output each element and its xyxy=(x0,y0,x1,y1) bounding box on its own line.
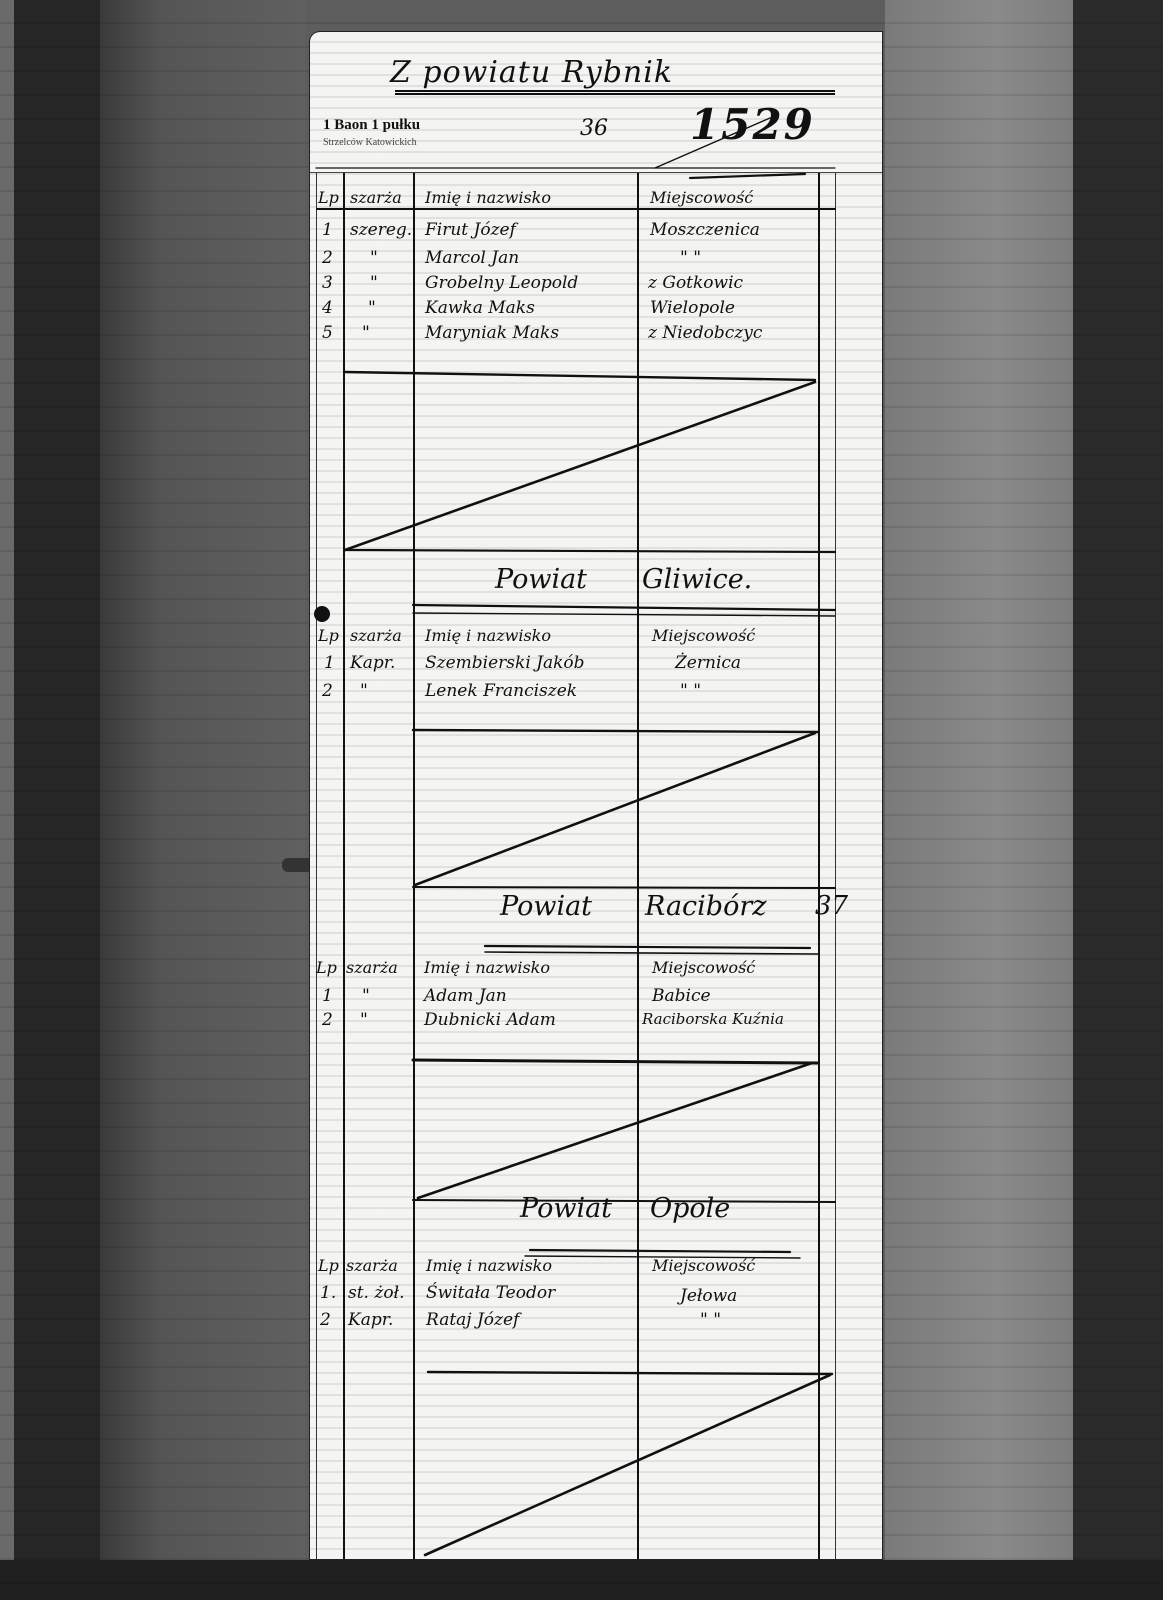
column-header-rank: szarża xyxy=(350,628,402,644)
section1-header-rule xyxy=(316,208,836,210)
register-page xyxy=(310,32,882,1559)
row-rank: " xyxy=(370,275,378,292)
row-name: Kawka Maks xyxy=(425,300,535,317)
column-header-place: Miejscowość xyxy=(652,628,755,644)
column-header-lp: Lp xyxy=(318,628,339,644)
row-name: Rataj Józef xyxy=(426,1312,519,1329)
column-rule-rank xyxy=(413,172,415,1559)
row-rank: " xyxy=(362,325,370,342)
column-rule-name xyxy=(637,172,639,1559)
row-lp: 1 xyxy=(322,988,333,1005)
file-number: 36 xyxy=(580,118,608,140)
row-rank: " xyxy=(362,988,370,1005)
section-title-gliwice-name: Gliwice. xyxy=(642,566,752,593)
row-place: " " xyxy=(680,683,701,700)
row-place: Moszczenica xyxy=(650,222,760,239)
column-header-rank: szarża xyxy=(350,190,402,206)
column-rule-place xyxy=(818,172,820,1559)
scan-margin-left xyxy=(0,0,14,1600)
pin-hole xyxy=(314,606,330,622)
column-header-name: Imię i nazwisko xyxy=(426,1258,552,1274)
row-place: Wielopole xyxy=(650,300,735,317)
column-header-lp: Lp xyxy=(318,1258,339,1274)
column-header-rank: szarża xyxy=(346,960,398,976)
row-place: " " xyxy=(680,250,701,267)
row-rank: " xyxy=(370,250,378,267)
column-header-name: Imię i nazwisko xyxy=(425,190,551,206)
page-title: Z powiatu Rybnik xyxy=(390,58,673,88)
row-lp: 4 xyxy=(322,300,333,317)
column-header-name: Imię i nazwisko xyxy=(424,960,550,976)
column-header-rank: szarża xyxy=(346,1258,398,1274)
row-lp: 1. xyxy=(320,1285,336,1302)
row-lp: 1 xyxy=(322,222,333,239)
header-rule xyxy=(310,172,882,173)
scan-background-right xyxy=(885,0,1073,1600)
section-title-opole-label: Powiat xyxy=(520,1195,612,1222)
archive-number: 1529 xyxy=(690,104,815,146)
scan-shadow-right xyxy=(1073,0,1163,1600)
column-header-name: Imię i nazwisko xyxy=(425,628,551,644)
row-lp: 2 xyxy=(322,683,333,700)
row-name: Świtała Teodor xyxy=(426,1285,555,1302)
row-place: z Gotkowic xyxy=(648,275,743,292)
row-name: Dubnicki Adam xyxy=(424,1012,556,1029)
scan-shadow-left xyxy=(14,0,100,1600)
column-header-place: Miejscowość xyxy=(650,190,753,206)
unit-line-2: Strzelców Katowickich xyxy=(323,138,417,148)
row-rank: " xyxy=(360,683,368,700)
row-rank: st. żoł. xyxy=(348,1285,404,1302)
row-rank: Kapr. xyxy=(350,655,395,672)
row-name: Lenek Franciszek xyxy=(425,683,577,700)
column-rule-outer-right xyxy=(835,172,836,1559)
column-header-lp: Lp xyxy=(318,190,339,206)
column-header-lp: Lp xyxy=(316,960,337,976)
scan-shadow-bottom xyxy=(0,1560,1163,1600)
row-lp: 5 xyxy=(322,325,333,342)
row-name: Firut Józef xyxy=(425,222,516,239)
row-name: Maryniak Maks xyxy=(425,325,559,342)
row-lp: 2 xyxy=(320,1312,331,1329)
row-lp: 3 xyxy=(322,275,333,292)
section-title-opole-name: Opole xyxy=(650,1195,730,1222)
column-rule-lp xyxy=(343,172,345,1559)
section-title-gliwice-label: Powiat xyxy=(495,566,587,593)
row-name: Adam Jan xyxy=(424,988,507,1005)
page-number: 37 xyxy=(815,893,848,919)
title-underline xyxy=(395,90,835,95)
row-place: Jełowa xyxy=(680,1288,737,1305)
section-title-raciborz-label: Powiat xyxy=(500,893,592,920)
row-lp: 2 xyxy=(322,250,333,267)
column-header-place: Miejscowość xyxy=(652,960,755,976)
row-place: Żernica xyxy=(675,655,741,672)
column-rule-outer-left xyxy=(316,172,317,1559)
unit-line-1: 1 Baon 1 pułku xyxy=(323,118,420,133)
row-place: Raciborska Kuźnia xyxy=(642,1012,784,1027)
row-rank: " xyxy=(368,300,376,317)
section-title-raciborz-name: Racibórz xyxy=(645,893,766,920)
row-place: z Niedobczyc xyxy=(648,325,762,342)
row-name: Grobelny Leopold xyxy=(425,275,578,292)
row-place: " " xyxy=(700,1312,721,1329)
row-place: Babice xyxy=(652,988,711,1005)
scan-background-left xyxy=(100,0,305,1600)
column-header-place: Miejscowość xyxy=(652,1258,755,1274)
row-rank: " xyxy=(360,1012,368,1029)
row-rank: Kapr. xyxy=(348,1312,393,1329)
row-name: Szembierski Jakób xyxy=(425,655,585,672)
row-lp: 1 xyxy=(324,655,335,672)
row-rank: szereg. xyxy=(350,222,412,239)
row-lp: 2 xyxy=(322,1012,333,1029)
row-name: Marcol Jan xyxy=(425,250,519,267)
